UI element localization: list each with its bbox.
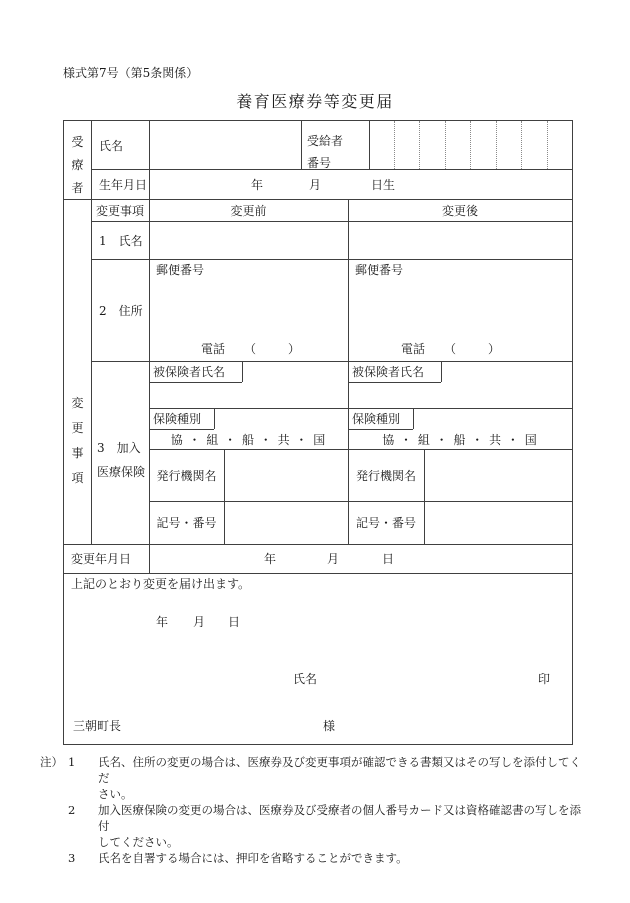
footnote-item: 注） 1 氏名、住所の変更の場合は、医療券及び変更事項が確認できる書類又はその写… xyxy=(40,754,588,802)
footnote-text: 加入医療保険の変更の場合は、医療券及び受療者の個人番号カード又は資格確認書の写し… xyxy=(98,802,588,850)
symbol-number-label-before: 記号・番号 xyxy=(149,516,224,530)
addressee-label: 三朝町長 xyxy=(73,719,121,733)
dob-year-label: 年 xyxy=(251,178,263,192)
label-box-border xyxy=(149,429,214,430)
symbol-number-label-after: 記号・番号 xyxy=(348,516,424,530)
label-box-border xyxy=(149,382,242,383)
change-item-insurance-label-line1: 3 加入 xyxy=(97,441,141,455)
h-divider xyxy=(149,408,572,409)
v-divider xyxy=(149,121,150,573)
v-divider xyxy=(441,361,442,382)
footnote-item: 2 加入医療保険の変更の場合は、医療券及び受療者の個人番号カード又は資格確認書の… xyxy=(40,802,588,850)
insured-name-label-before: 被保険者氏名 xyxy=(153,365,225,379)
phone-paren-close-after: ） xyxy=(488,342,500,356)
footnotes: 注） 1 氏名、住所の変更の場合は、医療券及び変更事項が確認できる書類又はその写… xyxy=(40,754,588,866)
dob-label: 生年月日 xyxy=(99,178,147,192)
recipient-number-boxes xyxy=(369,121,572,169)
v-divider xyxy=(301,121,302,169)
postal-code-label-before: 郵便番号 xyxy=(156,263,204,277)
footnote-item: 3 氏名を自署する場合には、押印を省略することができます。 xyxy=(40,850,588,866)
v-divider xyxy=(413,408,414,429)
h-divider xyxy=(64,544,572,545)
change-group-label: 変更事項 xyxy=(70,391,85,491)
form-page: 様式第7号（第5条関係） 養育医療券等変更届 xyxy=(0,0,630,903)
v-divider xyxy=(214,408,215,429)
recipient-number-box xyxy=(419,121,445,169)
column-header-after: 変更後 xyxy=(348,204,572,218)
recipient-number-box xyxy=(547,121,573,169)
change-date-year-label: 年 xyxy=(264,552,276,566)
declaration-statement: 上記のとおり変更を届け出ます。 xyxy=(71,577,250,591)
v-divider xyxy=(242,361,243,382)
insurance-type-options-before: 協 ・ 組 ・ 船 ・ 共 ・ 国 xyxy=(149,433,348,447)
form-table: 受療者 氏名 受給者番号 生年月日 年 月 日生 変更事項 変更事項 変更前 変… xyxy=(63,120,573,745)
recipient-number-box xyxy=(445,121,471,169)
footnote-number: 3 xyxy=(68,850,98,866)
change-date-day-label: 日 xyxy=(382,552,394,566)
issuer-label-after: 発行機関名 xyxy=(348,469,424,483)
insurance-type-options-after: 協 ・ 組 ・ 船 ・ 共 ・ 国 xyxy=(348,433,572,447)
declaration-month-label: 月 xyxy=(193,615,205,629)
recipient-number-box xyxy=(394,121,420,169)
patient-name-label: 氏名 xyxy=(99,139,123,153)
recipient-number-box xyxy=(470,121,496,169)
change-item-name-label: 1 氏名 xyxy=(99,234,143,248)
form-title: 養育医療券等変更届 xyxy=(0,89,630,112)
footnote-number: 1 xyxy=(68,754,98,770)
change-item-insurance-label-line2: 医療保険 xyxy=(97,465,145,479)
recipient-number-box xyxy=(521,121,547,169)
dob-month-label: 月 xyxy=(309,178,321,192)
form-number: 様式第7号（第5条関係） xyxy=(63,64,198,81)
h-divider xyxy=(149,501,572,502)
footnote-text: 氏名、住所の変更の場合は、医療券及び変更事項が確認できる書類又はその写しを添付し… xyxy=(98,754,588,802)
insurance-type-label-before: 保険種別 xyxy=(153,412,201,426)
recipient-number-label: 受給者番号 xyxy=(307,130,349,174)
declaration-day-label: 日 xyxy=(228,615,240,629)
v-divider xyxy=(224,449,225,544)
label-box-border xyxy=(348,429,413,430)
addressee-honorific: 様 xyxy=(323,719,335,733)
column-header-before: 変更前 xyxy=(149,204,348,218)
phone-label-after: 電話 xyxy=(401,342,425,356)
phone-paren-open-after: （ xyxy=(444,342,456,356)
v-divider xyxy=(348,199,349,544)
h-divider xyxy=(149,449,572,450)
h-divider xyxy=(91,361,572,362)
insured-name-label-after: 被保険者氏名 xyxy=(352,365,424,379)
issuer-label-before: 発行機関名 xyxy=(149,469,224,483)
phone-paren-close-before: ） xyxy=(288,342,300,356)
label-box-border xyxy=(348,382,441,383)
h-divider xyxy=(64,199,572,200)
dob-day-label: 日生 xyxy=(371,178,395,192)
footnote-prefix: 注） xyxy=(40,754,68,770)
footnote-number: 2 xyxy=(68,802,98,818)
insurance-type-label-after: 保険種別 xyxy=(352,412,400,426)
change-date-month-label: 月 xyxy=(327,552,339,566)
phone-paren-open-before: （ xyxy=(244,342,256,356)
recipient-number-box xyxy=(496,121,522,169)
v-divider xyxy=(424,449,425,544)
postal-code-label-after: 郵便番号 xyxy=(355,263,403,277)
v-divider xyxy=(91,121,92,544)
h-divider xyxy=(91,221,572,222)
recipient-number-box xyxy=(369,121,394,169)
phone-label-before: 電話 xyxy=(201,342,225,356)
change-date-label: 変更年月日 xyxy=(71,552,131,566)
column-header-item: 変更事項 xyxy=(91,204,149,218)
h-divider xyxy=(91,259,572,260)
patient-group-label: 受療者 xyxy=(70,131,85,200)
change-item-address-label: 2 住所 xyxy=(99,304,143,318)
declaration-year-label: 年 xyxy=(156,615,168,629)
footnote-text: 氏名を自署する場合には、押印を省略することができます。 xyxy=(98,850,588,866)
h-divider xyxy=(64,573,572,574)
declaration-name-label: 氏名 xyxy=(293,672,317,686)
seal-label: 印 xyxy=(538,672,550,686)
